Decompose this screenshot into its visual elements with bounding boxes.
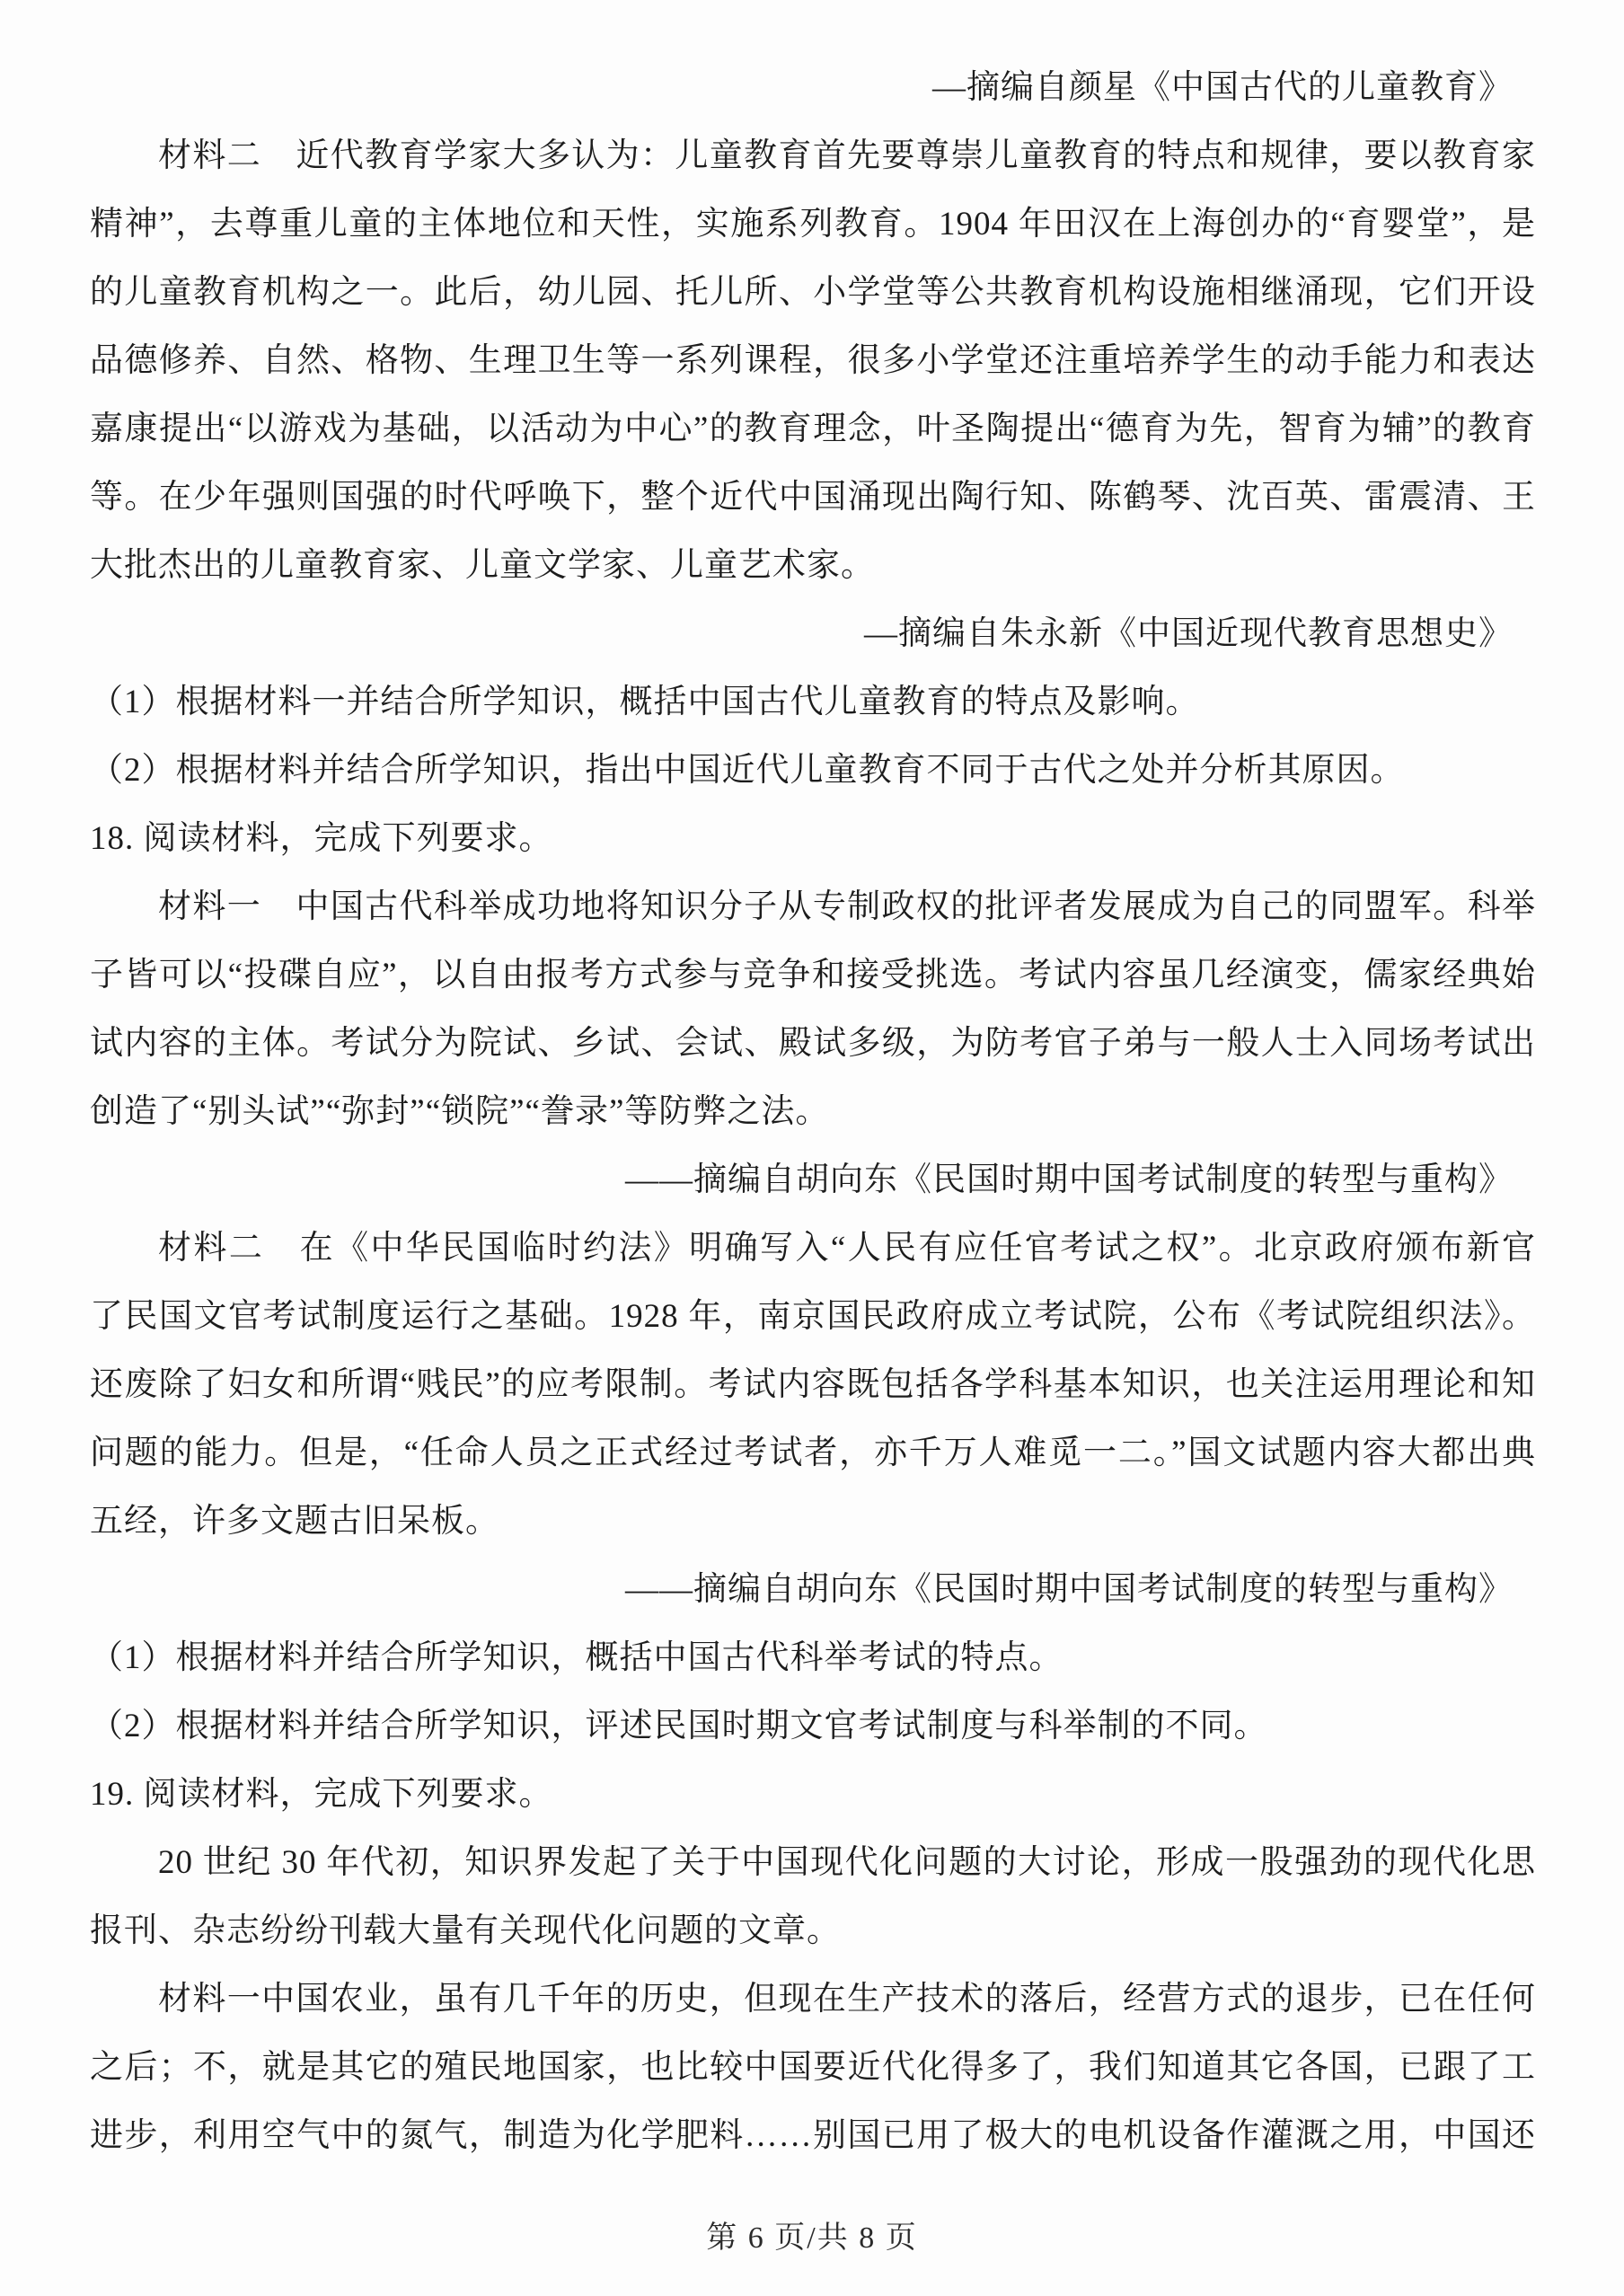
text-line: 品德修养、自然、格物、生理卫生等一系列课程，很多小学堂还注重培养学生的动手能力和… (90, 327, 1536, 395)
text-line: （2）根据材料并结合所学知识，评述民国时期文官考试制度与科举制的不同。 (90, 1692, 1536, 1761)
text-line: 18. 阅读材料，完成下列要求。 (90, 805, 1536, 873)
exam-page: —摘编自颜星《中国古代的儿童教育》材料二 近代教育学家大多认为：儿童教育首先要尊… (0, 0, 1624, 2296)
text-line: 子皆可以“投碟自应”，以自由报考方式参与竞争和接受挑选。考试内容虽几经演变，儒家… (90, 941, 1536, 1010)
text-line: （1）根据材料一并结合所学知识，概括中国古代儿童教育的特点及影响。 (90, 668, 1536, 737)
text-line: 报刊、杂志纷纷刊载大量有关现代化问题的文章。 (90, 1897, 1536, 1965)
text-line: 材料二 近代教育学家大多认为：儿童教育首先要尊崇儿童教育的特点和规律，要以教育家… (90, 122, 1536, 190)
text-line: 进步，利用空气中的氮气，制造为化学肥料……别国已用了极大的电机设备作灌溉之用，中… (90, 2102, 1536, 2170)
text-line: 问题的能力。但是，“任命人员之正式经过考试者，亦千万人难觅一二。”国文试题内容大… (90, 1419, 1536, 1488)
text-line: 试内容的主体。考试分为院试、乡试、会试、殿试多级，为防考官子弟与一般人士入同场考… (90, 1010, 1536, 1078)
text-line: 20 世纪 30 年代初，知识界发起了关于中国现代化问题的大讨论，形成一股强劲的… (90, 1829, 1536, 1897)
text-line: 还废除了妇女和所谓“贱民”的应考限制。考试内容既包括各学科基本知识，也关注运用理… (90, 1351, 1536, 1419)
text-line: 之后；不，就是其它的殖民地国家，也比较中国要近代化得多了，我们知道其它各国，已跟… (90, 2034, 1536, 2102)
text-line: 材料一中国农业，虽有几千年的历史，但现在生产技术的落后，经营方式的退步，已在任何… (90, 1965, 1536, 2034)
text-line: ——摘编自胡向东《民国时期中国考试制度的转型与重构》 (90, 1556, 1536, 1624)
text-line: 材料一 中国古代科举成功地将知识分子从专制政权的批评者发展成为自己的同盟军。科举… (90, 873, 1536, 941)
page-number: 第 6 页/共 8 页 (706, 2221, 917, 2255)
text-line: 等。在少年强则国强的时代呼唤下，整个近代中国涌现出陶行知、陈鹤琴、沈百英、雷震清… (90, 464, 1536, 532)
text-line: 了民国文官考试制度运行之基础。1928 年，南京国民政府成立考试院，公布《考试院… (90, 1283, 1536, 1351)
text-line: （2）根据材料并结合所学知识，指出中国近代儿童教育不同于古代之处并分析其原因。 (90, 737, 1536, 805)
text-line: 材料二 在《中华民国临时约法》明确写入“人民有应任官考试之权”。北京政府颁布新官… (90, 1214, 1536, 1283)
page-footer: 第 6 页/共 8 页 (0, 2212, 1624, 2256)
text-line: （1）根据材料并结合所学知识，概括中国古代科举考试的特点。 (90, 1624, 1536, 1692)
exam-text-body: —摘编自颜星《中国古代的儿童教育》材料二 近代教育学家大多认为：儿童教育首先要尊… (90, 54, 1536, 2170)
text-line: 创造了“别头试”“弥封”“锁院”“誊录”等防弊之法。 (90, 1078, 1536, 1146)
text-line: ——摘编自胡向东《民国时期中国考试制度的转型与重构》 (90, 1146, 1536, 1214)
text-line: 五经，许多文题古旧呆板。 (90, 1488, 1536, 1556)
text-line: —摘编自颜星《中国古代的儿童教育》 (90, 54, 1536, 122)
text-line: 的儿童教育机构之一。此后，幼儿园、托儿所、小学堂等公共教育机构设施相继涌现，它们… (90, 259, 1536, 327)
text-line: —摘编自朱永新《中国近现代教育思想史》 (90, 600, 1536, 668)
text-line: 嘉康提出“以游戏为基础，以活动为中心”的教育理念，叶圣陶提出“德育为先，智育为辅… (90, 395, 1536, 464)
text-line: 大批杰出的儿童教育家、儿童文学家、儿童艺术家。 (90, 532, 1536, 600)
text-line: 19. 阅读材料，完成下列要求。 (90, 1761, 1536, 1829)
text-line: 精神”，去尊重儿童的主体地位和天性，实施系列教育。1904 年田汉在上海创办的“… (90, 190, 1536, 259)
